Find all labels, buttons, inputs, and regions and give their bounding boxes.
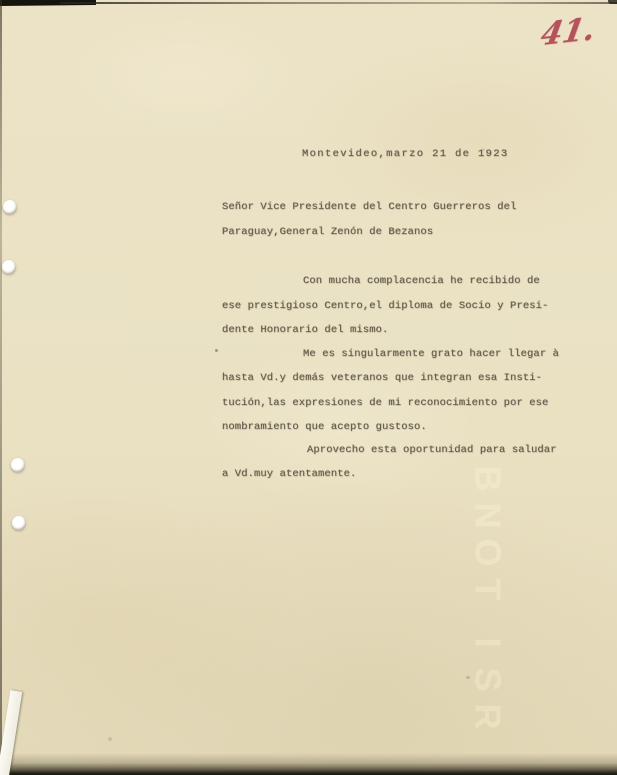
date-line: Montevideo,marzo 21 de 1923 <box>302 148 509 161</box>
body-line: Con mucha complacencia he recibido de <box>303 275 540 288</box>
watermark-letter: T <box>470 560 507 620</box>
ink-speck <box>466 676 470 679</box>
recipient-line: Señor Vice Presidente del Centro Guerrer… <box>222 201 516 214</box>
scan-edge-top-line <box>60 2 617 4</box>
paper-watermark: B N O T I S R <box>458 460 518 735</box>
watermark-letter: R <box>470 687 507 747</box>
body-line: Aprovecho esta oportunidad para saludar <box>307 444 557 457</box>
ink-speck <box>108 737 112 741</box>
watermark-letter: B <box>470 449 507 509</box>
watermark-letter: I <box>470 613 507 673</box>
scan-edge-top-right-speck <box>608 0 617 4</box>
recipient-line: Paraguay,General Zenón de Bezanos <box>222 226 433 239</box>
handwritten-page-number: 41. <box>538 11 598 54</box>
body-line: nombramiento que acepto gustoso. <box>222 421 427 434</box>
punch-hole <box>3 200 17 214</box>
scan-edge-bottom-shadow <box>0 753 617 775</box>
watermark-letter: S <box>470 650 507 710</box>
body-line: tución,las expresiones de mi reconocimie… <box>222 397 548 410</box>
punch-hole <box>2 260 16 274</box>
watermark-letter: O <box>470 523 507 583</box>
punch-hole <box>12 516 26 530</box>
scan-edge-left <box>0 0 2 775</box>
body-line: Me es singularmente grato hacer llegar à <box>303 348 559 361</box>
body-line: hasta Vd.y demás veteranos que integran … <box>222 372 542 385</box>
ink-speck <box>215 349 218 352</box>
body-line: a Vd.muy atentamente. <box>222 468 356 481</box>
scanned-letter-page: 41. B N O T I S R Montevideo,marzo 21 de… <box>0 0 617 775</box>
body-line: ese prestigioso Centro,el diploma de Soc… <box>222 300 548 313</box>
watermark-letter: N <box>470 486 507 546</box>
ink-speck <box>482 148 485 151</box>
body-line: dente Honorario del mismo. <box>222 324 388 337</box>
punch-hole <box>11 458 25 472</box>
